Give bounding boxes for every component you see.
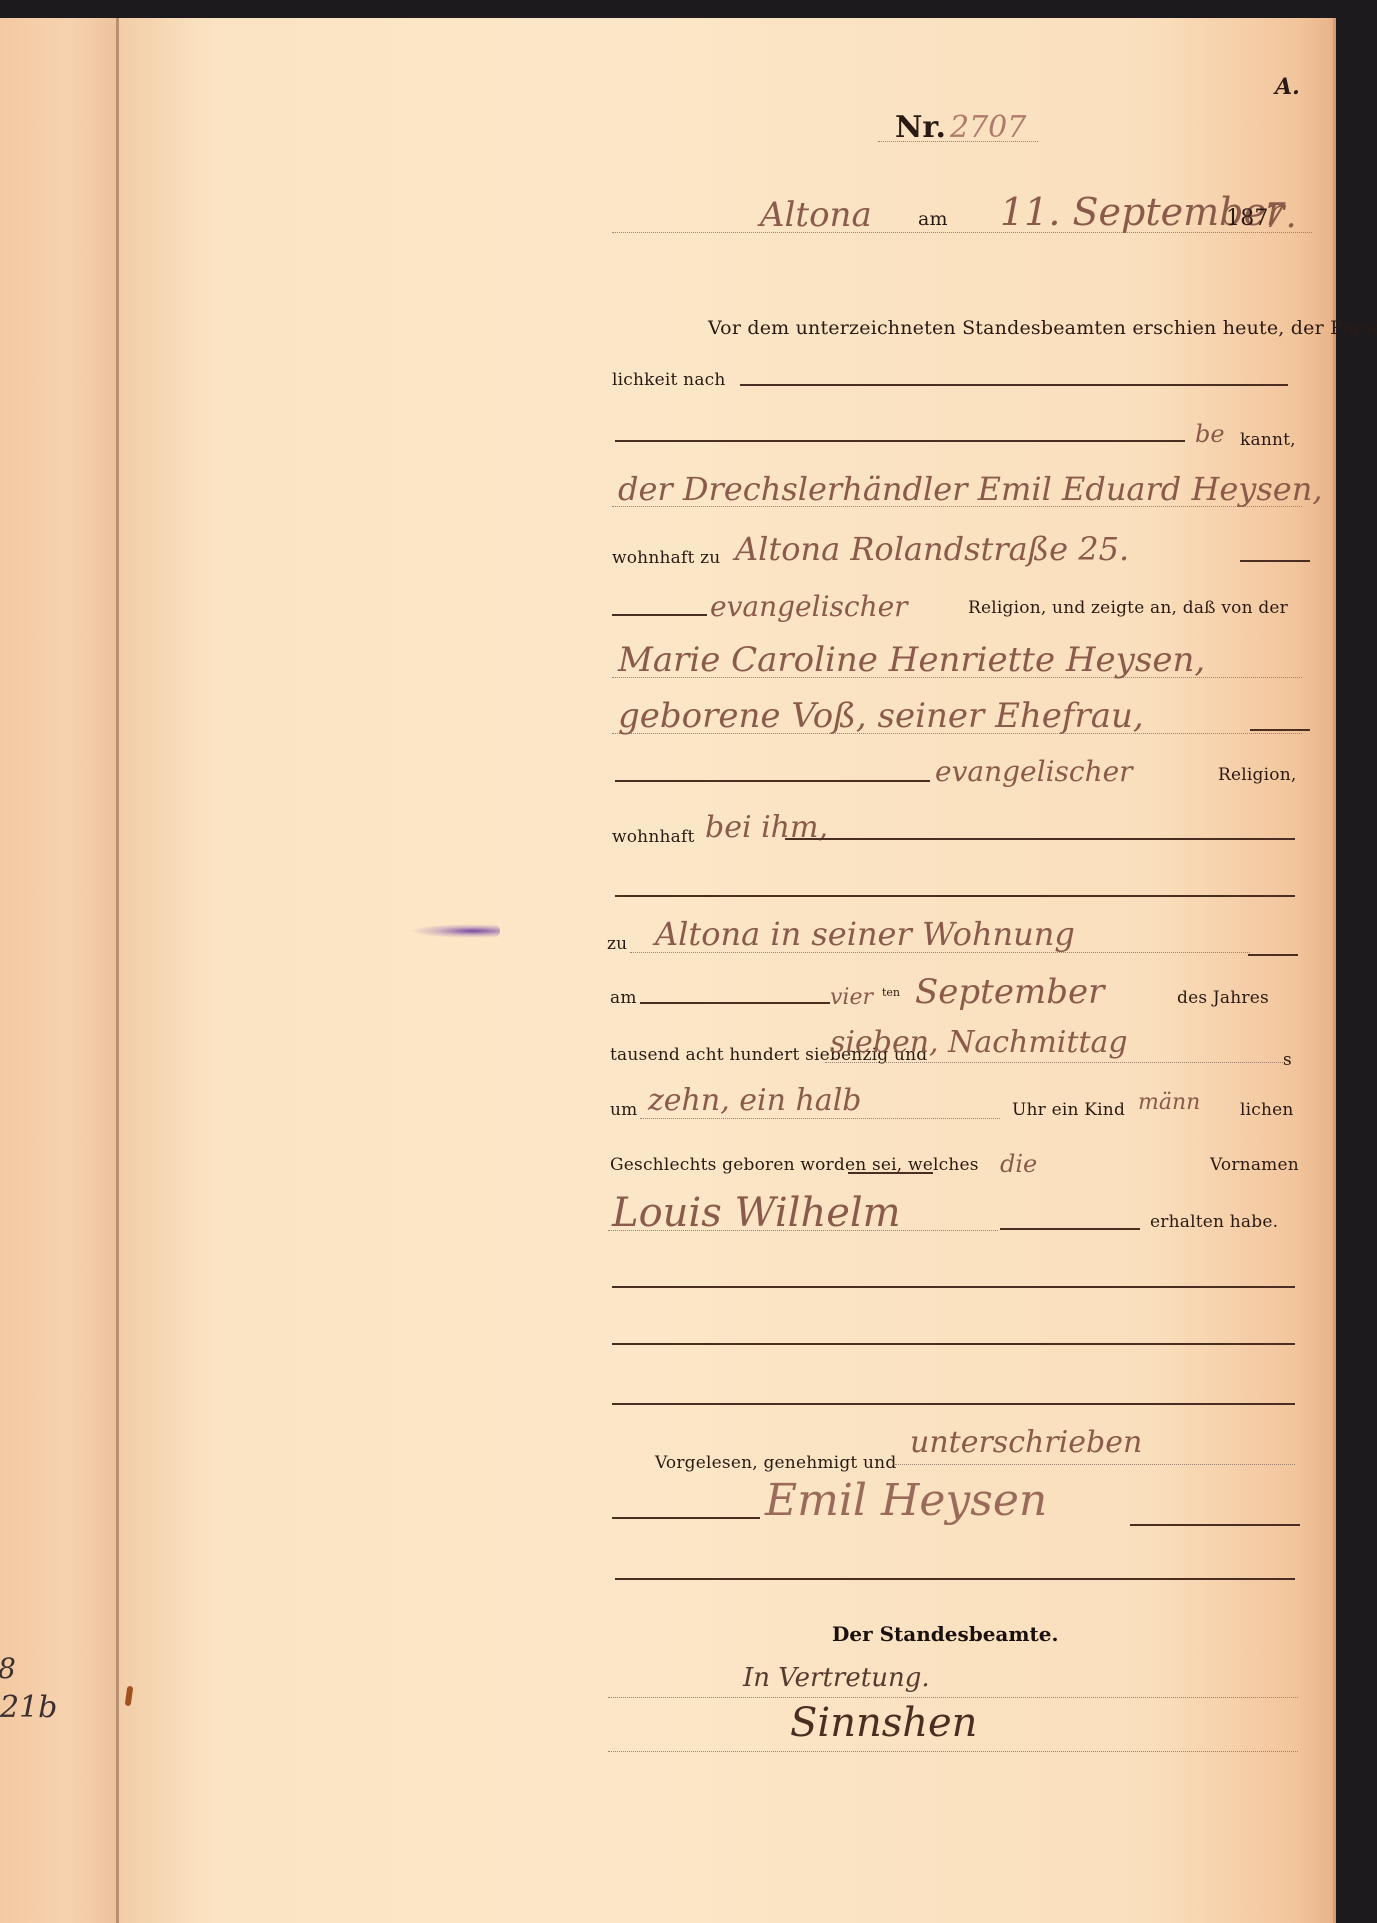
sex-print: lichen <box>1240 1100 1294 1120</box>
time-print: Uhr ein Kind <box>1012 1100 1125 1120</box>
child-name: Louis Wilhelm <box>612 1190 901 1236</box>
religion-label: Religion, <box>1218 765 1296 785</box>
year-prefix: 187 <box>1226 206 1269 231</box>
line-lichkeit: lichkeit nach <box>612 370 726 390</box>
birth-month: September <box>915 972 1104 1012</box>
number-label: Nr. <box>895 110 946 145</box>
corner-label: A. <box>1275 74 1300 100</box>
kannt-label: kannt, <box>1240 430 1296 450</box>
birth-place-value: Altona in seiner Wohnung <box>655 915 1075 953</box>
year-words-hw: sieben, Nachmittag <box>830 1025 1128 1060</box>
informant-signature: Emil Heysen <box>765 1475 1047 1526</box>
birth-day-suffix: ten <box>882 986 900 999</box>
sex-value: männ <box>1138 1090 1200 1115</box>
closing-print: Vorgelesen, genehmigt und <box>655 1453 896 1473</box>
registrar-title: Der Standesbeamte. <box>832 1622 1058 1646</box>
mother-religion: evangelischer <box>935 755 1133 788</box>
left-margin-note-1: 8 <box>0 1652 16 1685</box>
birth-year-label: des Jahres <box>1177 988 1269 1008</box>
year-suffix: 7. <box>1264 196 1296 236</box>
birth-day-label: am <box>610 988 637 1008</box>
date-am-label: am <box>918 208 948 230</box>
mother-name: Marie Caroline Henriette Heysen, <box>618 640 1205 680</box>
registrar-signature: Sinnshen <box>790 1700 977 1746</box>
gender-line-hw: die <box>1000 1150 1037 1178</box>
page-gutter <box>116 18 119 1923</box>
father-religion: evangelischer <box>710 590 908 623</box>
mother-residence-label: wohnhaft <box>612 827 695 847</box>
place: Altona <box>760 195 872 235</box>
residence-value: Altona Rolandstraße 25. <box>735 530 1129 568</box>
left-margin-note-2: 21b <box>0 1690 57 1725</box>
closing-hw: unterschrieben <box>910 1425 1142 1460</box>
left-page <box>0 18 118 1923</box>
birth-place-label: zu <box>607 934 627 954</box>
birth-day-value: vier <box>830 985 873 1010</box>
informant-line: der Drechslerhändler Emil Eduard Heysen, <box>618 470 1323 508</box>
purple-ink-smudge <box>410 924 500 938</box>
religion-line: Religion, und zeigte an, daß von der <box>968 598 1288 618</box>
mother-birthname: geborene Voß, seiner Ehefrau, <box>618 696 1144 736</box>
right-page <box>118 18 1336 1923</box>
year-words-s: s <box>1283 1050 1292 1070</box>
vornamen-label: Vornamen <box>1210 1155 1299 1175</box>
time-value: zehn, ein halb <box>648 1083 862 1118</box>
residence-label: wohnhaft zu <box>612 548 720 568</box>
time-label: um <box>610 1100 637 1120</box>
registrar-note: In Vertretung. <box>743 1663 930 1693</box>
record-number: 2707 <box>950 110 1026 145</box>
child-name-end: erhalten habe. <box>1150 1212 1278 1232</box>
intro-line: Vor dem unterzeichneten Standesbeamten e… <box>708 317 1377 339</box>
be-fragment: be <box>1195 420 1225 448</box>
